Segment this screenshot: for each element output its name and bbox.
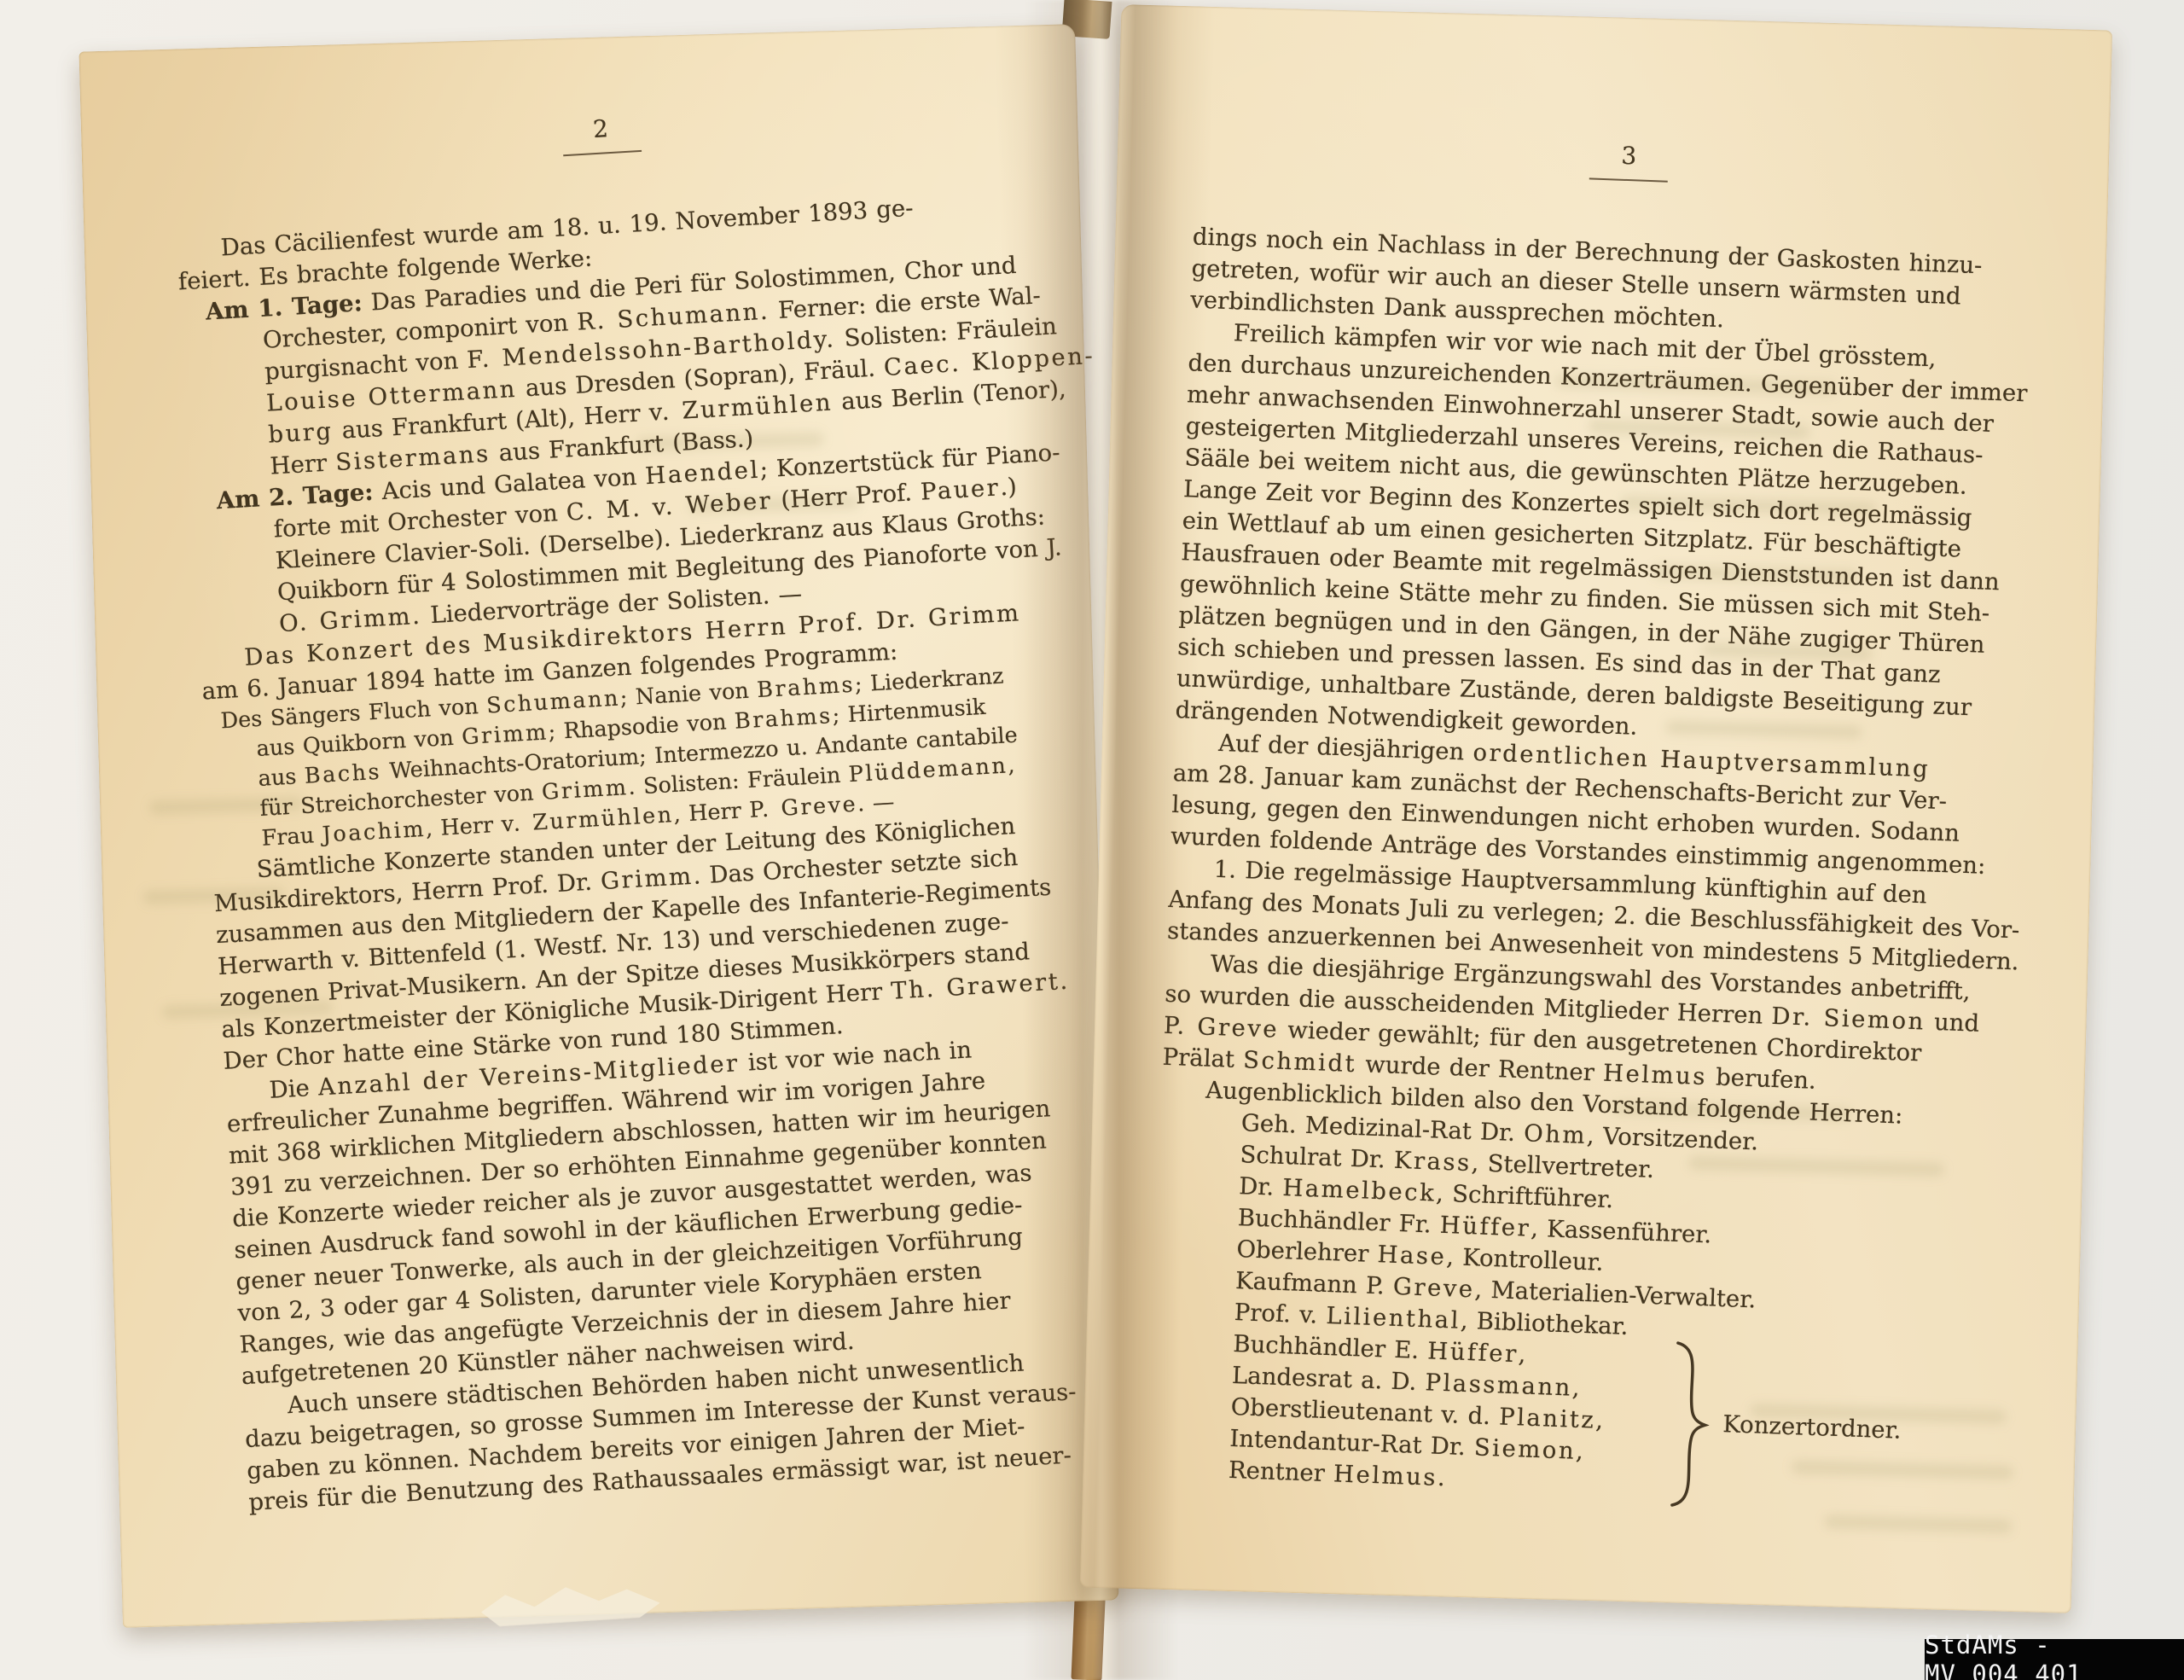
text-segment: , xyxy=(1571,1375,1580,1402)
letterspaced-name: Helmus xyxy=(1602,1060,1707,1090)
letterspaced-name: Bachs xyxy=(304,759,382,789)
letterspaced-name: P. Greve xyxy=(749,792,858,823)
text-segment: , Kontrolleur. xyxy=(1446,1243,1604,1276)
letterspaced-name: Krass xyxy=(1393,1147,1472,1177)
text-segment: Buchhändler Fr. xyxy=(1237,1204,1440,1239)
letterspaced-name: Helmus xyxy=(1333,1460,1438,1491)
letterspaced-name: Schmidt xyxy=(1243,1046,1357,1078)
text-segment: Oberlehrer xyxy=(1236,1235,1378,1268)
text-segment: , xyxy=(1595,1407,1604,1434)
page-3-body: dings noch ein Nachlass in der Berechnun… xyxy=(1147,221,2059,1514)
letterspaced-name: O. Grimm. xyxy=(278,602,422,638)
letterspaced-name: Greve xyxy=(1392,1273,1475,1303)
text-segment: Herr xyxy=(270,449,337,480)
page-2-header: 2 xyxy=(170,89,1033,193)
letterspaced-name: Hüffer xyxy=(1439,1212,1531,1242)
text-segment: , Herr xyxy=(673,798,751,828)
letterspaced-name: Siemon xyxy=(1473,1433,1576,1464)
brace-label: Konzertordner. xyxy=(1722,1409,1902,1447)
letterspaced-name: Grimm xyxy=(541,775,629,805)
text-segment: , Herr xyxy=(425,812,502,842)
bleedthrough-smudge xyxy=(1824,1514,2012,1533)
letterspaced-name: burg xyxy=(268,417,334,448)
text-segment: , Kassenführer. xyxy=(1531,1215,1712,1249)
archive-label: StdAMs - MV_004_401 xyxy=(1925,1639,2184,1680)
text-segment: Rentner xyxy=(1228,1456,1333,1487)
text-segment: Kaufmann P. xyxy=(1235,1267,1394,1300)
curly-brace-glyph xyxy=(1667,1340,1712,1509)
letterspaced-name: Haendel xyxy=(644,456,760,491)
text-segment: Die xyxy=(269,1074,319,1104)
book-scan-scene: 2 Das Cäcilienfest wurde am 18. u. 19. N… xyxy=(0,0,2184,1680)
text-segment: , Stellvertreter. xyxy=(1471,1149,1654,1183)
letterspaced-name: Hüffer xyxy=(1427,1337,1519,1368)
text-segment: .) xyxy=(999,473,1017,501)
text-segment: Frau xyxy=(261,823,323,852)
letterspaced-name: Joachim xyxy=(322,817,427,848)
letterspaced-name: Lilienthal xyxy=(1326,1302,1461,1334)
page-number-rule xyxy=(563,150,642,156)
text-segment: . xyxy=(1059,968,1068,995)
text-segment: berufen. xyxy=(1706,1063,1816,1095)
page-2-text-column: 2 Das Cäcilienfest wurde am 18. u. 19. N… xyxy=(170,89,1110,1519)
text-segment: , Schriftführer. xyxy=(1436,1180,1614,1214)
letterspaced-name: Plassmann xyxy=(1425,1369,1572,1401)
page-number: 2 xyxy=(170,89,1031,170)
text-segment: und xyxy=(1925,1008,1979,1037)
text-segment: Schulrat Dr. xyxy=(1240,1141,1395,1174)
text-segment: Buchhändler E. xyxy=(1233,1330,1428,1364)
text-segment: Dr. xyxy=(1239,1172,1283,1201)
torn-paper-edge xyxy=(479,1578,660,1628)
text-segment: Prälat xyxy=(1162,1043,1244,1073)
letterspaced-name: Schumann xyxy=(485,685,620,718)
letterspaced-name: Ohm xyxy=(1524,1119,1588,1149)
text-segment: , Vorsitzender. xyxy=(1586,1122,1758,1155)
page-number: 3 xyxy=(1195,124,2063,187)
letterspaced-name: Grimm xyxy=(600,863,694,895)
text-segment: . — xyxy=(857,789,895,817)
text-segment: , xyxy=(1576,1438,1584,1465)
text-segment: aus xyxy=(258,764,305,792)
page-left: 2 Das Cäcilienfest wurde am 18. u. 19. N… xyxy=(78,24,1118,1628)
letterspaced-name: Grimm xyxy=(461,719,549,750)
text-segment: Landesrat a. D. xyxy=(1232,1362,1426,1396)
letterspaced-name: Hamelbeck xyxy=(1282,1174,1437,1207)
letterspaced-name: P. Greve xyxy=(1164,1012,1280,1043)
page-3-text-column: 3 dings noch ein Nachlass in der Berechn… xyxy=(1147,124,2063,1514)
page-2-body: Das Cäcilienfest wurde am 18. u. 19. Nov… xyxy=(176,185,1110,1519)
letterspaced-name: Brahms xyxy=(756,672,855,704)
letterspaced-name: Hase xyxy=(1377,1241,1447,1270)
text-segment: , xyxy=(1007,753,1015,778)
letterspaced-name: Pauer xyxy=(920,474,1001,505)
page-right: 3 dings noch ein Nachlass in der Berechn… xyxy=(1080,4,2112,1613)
page-number-rule xyxy=(1589,177,1668,182)
text-segment: . xyxy=(1437,1464,1445,1491)
text-segment: , xyxy=(1518,1340,1526,1368)
text-segment: , Bibliothekar. xyxy=(1460,1307,1629,1340)
letterspaced-name: Dr. Siemon xyxy=(1771,1003,1926,1036)
letterspaced-name: Brahms xyxy=(734,703,833,735)
curly-brace xyxy=(1667,1340,1712,1509)
text-segment: Prof. v. xyxy=(1234,1299,1327,1329)
page-3-header: 3 xyxy=(1195,124,2064,210)
letterspaced-name: Planitz xyxy=(1499,1403,1596,1433)
